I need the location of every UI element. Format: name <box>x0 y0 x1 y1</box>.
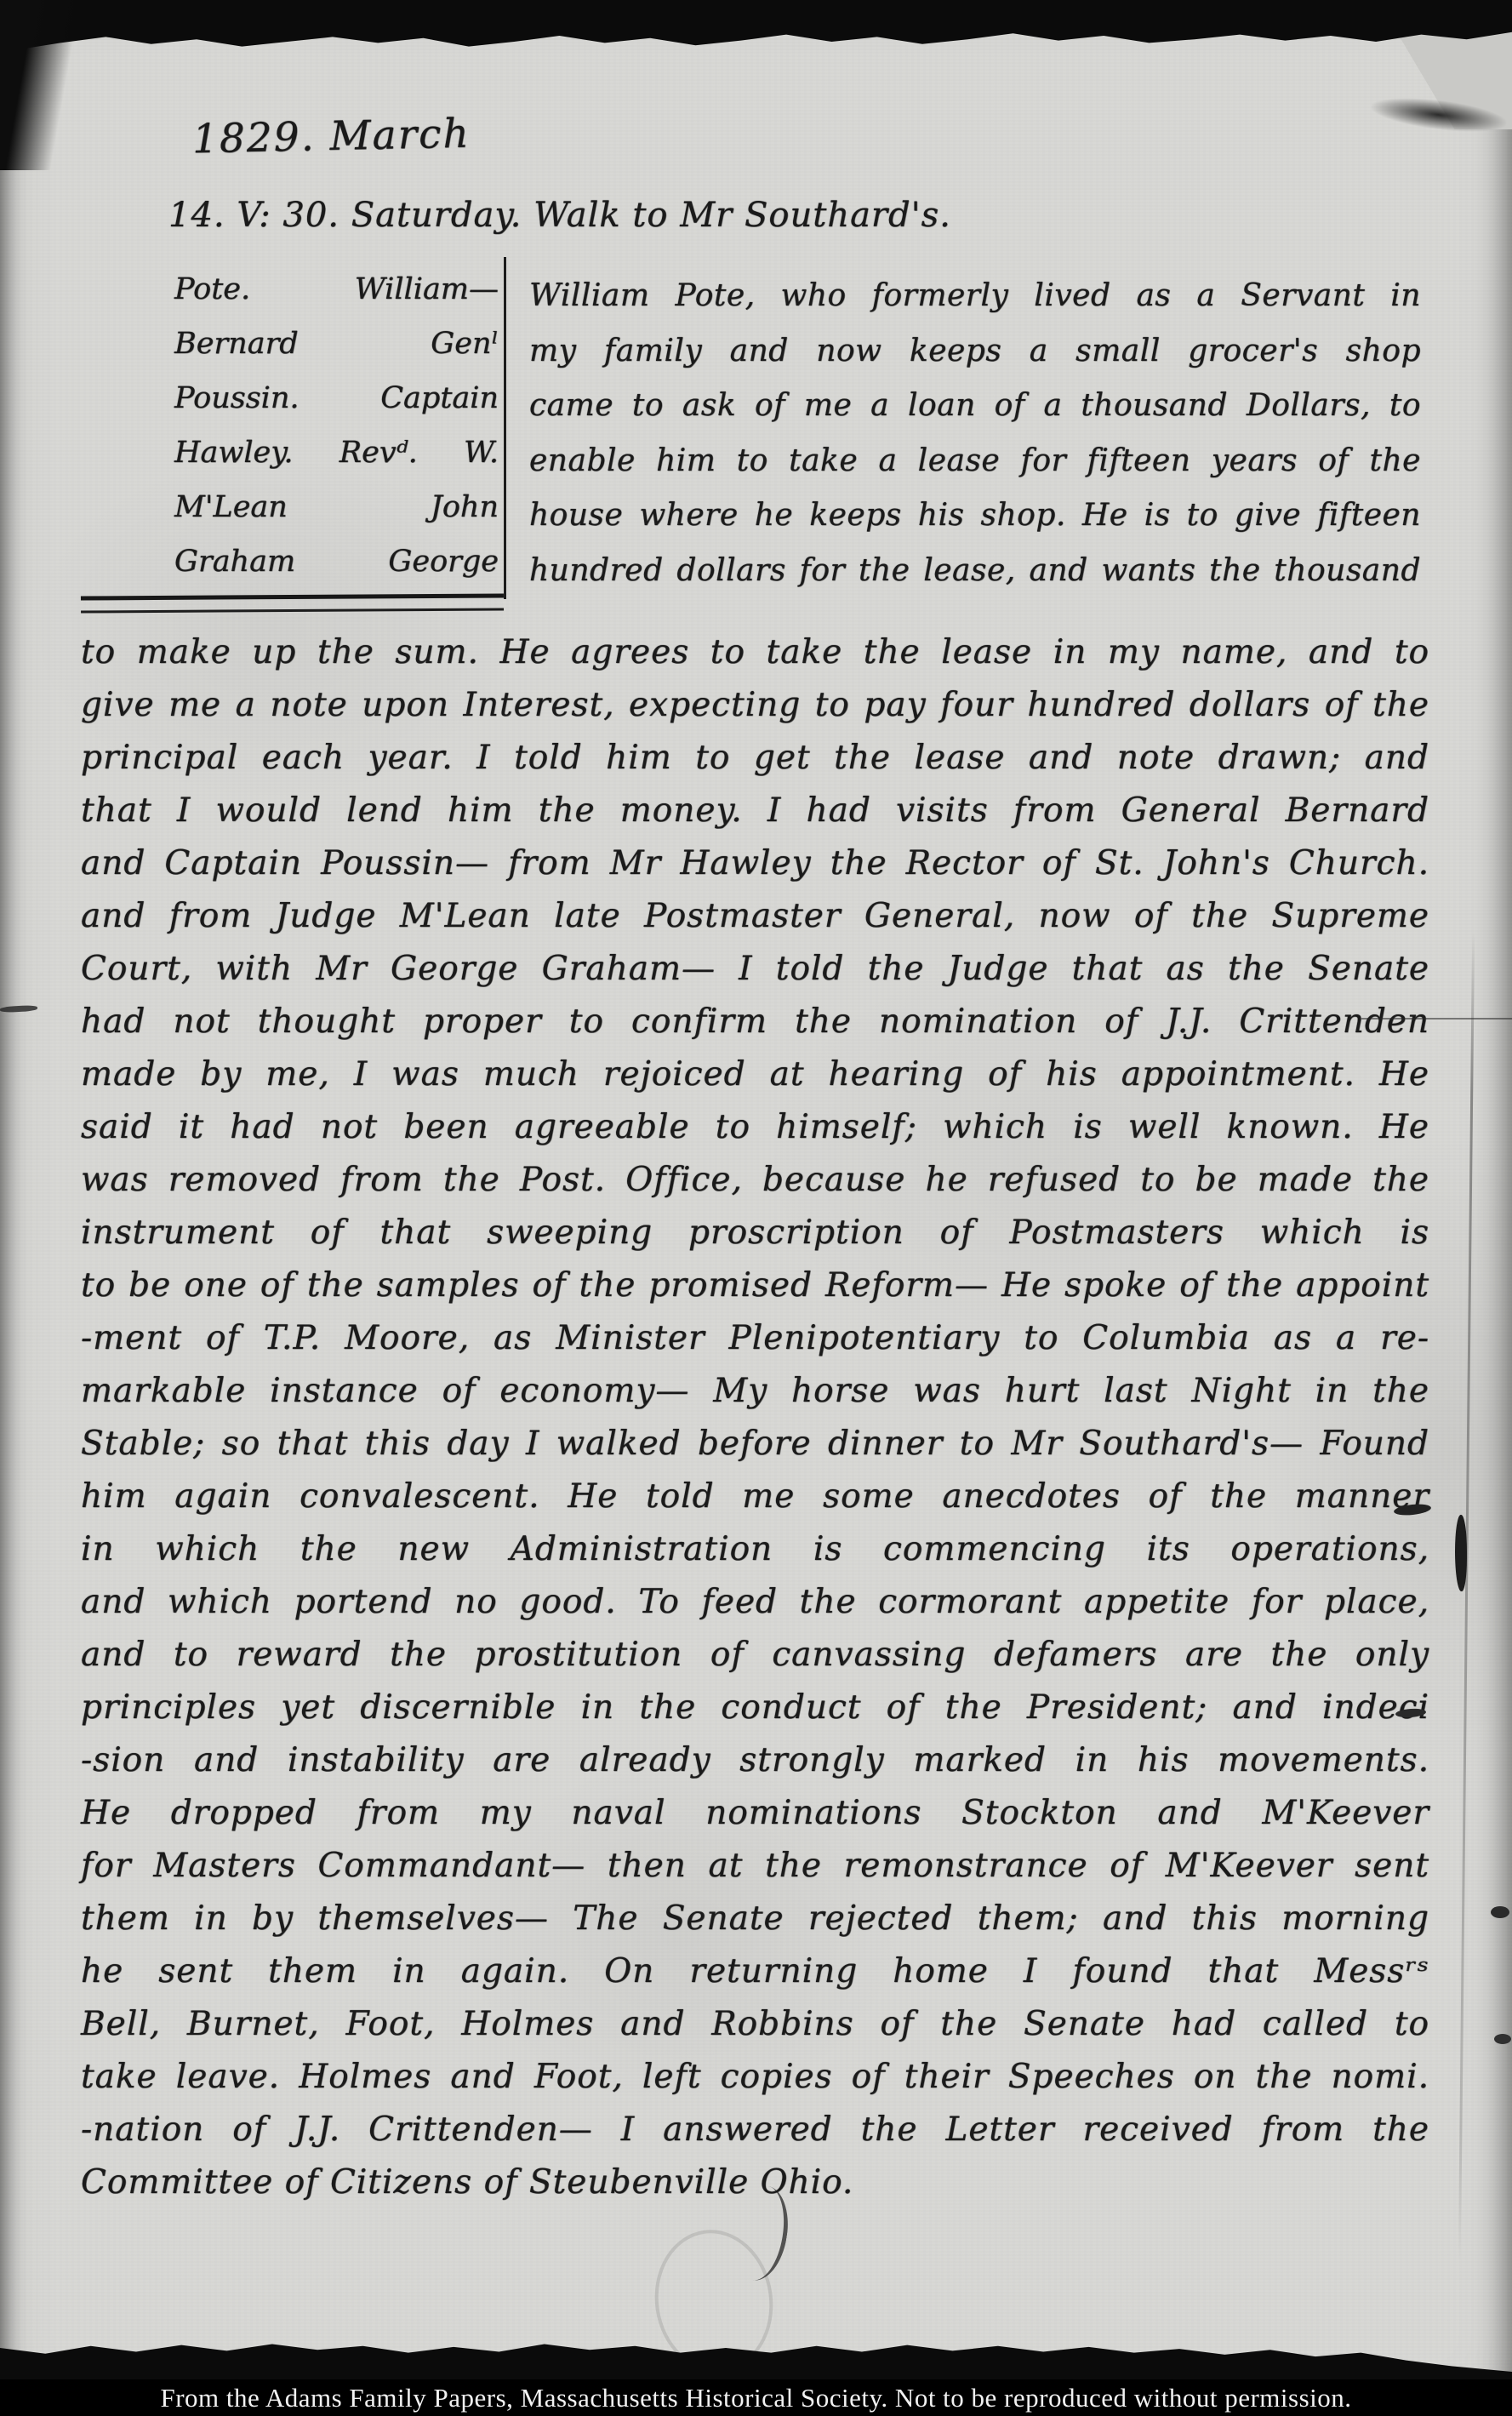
diary-line: -sion and instability are already strong… <box>81 1734 1429 1787</box>
diary-line: made by me, I was much rejoiced at heari… <box>81 1048 1429 1101</box>
ink-blot <box>1455 1515 1467 1591</box>
caption-text: From the Adams Family Papers, Massachuse… <box>160 2383 1351 2413</box>
diary-line: and from Judge M'Lean late Postmaster Ge… <box>81 890 1429 943</box>
diary-line: said it had not been agreeable to himsel… <box>81 1101 1429 1154</box>
diary-line: in which the new Administration is comme… <box>81 1523 1429 1576</box>
diary-line: Court, with Mr George Graham— I told the… <box>81 943 1429 996</box>
diary-line: Bell, Burnet, Foot, Holmes and Robbins o… <box>81 1998 1429 2051</box>
diary-line: him again convalescent. He told me some … <box>81 1471 1429 1523</box>
diary-line: William Pote, who formerly lived as a Se… <box>529 269 1421 324</box>
entry-date-line: 14. V: 30. Saturday. Walk to Mr Southard… <box>168 196 951 235</box>
diary-line: Stable; so that this day I walked before… <box>81 1418 1429 1471</box>
margin-dash-mark <box>0 1005 37 1013</box>
diary-line: house where he keeps his shop. He is to … <box>529 488 1421 544</box>
diary-line: He dropped from my naval nominations Sto… <box>81 1787 1429 1840</box>
diary-line: instrument of that sweeping proscription… <box>81 1207 1429 1259</box>
margin-index-line: Hawley. Revᵈ. W. <box>174 426 499 480</box>
diary-line: enable him to take a lease for fifteen y… <box>529 434 1421 489</box>
page-crease-line <box>1458 932 1475 2259</box>
margin-index-line: M'Lean John <box>174 480 499 534</box>
margin-index-line: Graham George <box>174 534 499 589</box>
diary-line: to make up the sum. He agrees to take th… <box>81 626 1429 679</box>
left-scan-border <box>0 0 73 170</box>
diary-line: he sent them in again. On returning home… <box>81 1945 1429 1998</box>
diary-line: principles yet discernible in the conduc… <box>81 1682 1429 1734</box>
diary-line: my family and now keeps a small grocer's… <box>529 324 1421 380</box>
diary-line: to be one of the samples of the promised… <box>81 1259 1429 1312</box>
diary-body-indented: William Pote, who formerly lived as a Se… <box>529 269 1421 598</box>
diary-line: principal each year. I told him to get t… <box>81 732 1429 785</box>
margin-name-index: Pote. William—Bernard GenˡPoussin. Capta… <box>166 257 506 599</box>
diary-line: came to ask of me a loan of a thousand D… <box>529 379 1421 434</box>
diary-line: markable instance of economy— My horse w… <box>81 1365 1429 1418</box>
diary-line: had not thought proper to confirm the no… <box>81 996 1429 1048</box>
diary-line: and which portend no good. To feed the c… <box>81 1576 1429 1629</box>
ink-blot <box>1491 1906 1509 1918</box>
margin-index-line: Pote. William— <box>174 262 499 317</box>
margin-index-line: Bernard Genˡ <box>174 317 499 371</box>
diary-line: take leave. Holmes and Foot, left copies… <box>81 2051 1429 2104</box>
diary-line: and Captain Poussin— from Mr Hawley the … <box>81 837 1429 890</box>
margin-box-underline <box>81 593 504 613</box>
diary-line: for Masters Commandant— then at the remo… <box>81 1840 1429 1893</box>
diary-line: them in by themselves— The Senate reject… <box>81 1893 1429 1945</box>
diary-line: -nation of J.J. Crittenden— I answered t… <box>81 2104 1429 2156</box>
top-scan-border <box>0 0 1512 60</box>
diary-line: give me a note upon Interest, expecting … <box>81 679 1429 732</box>
ink-blot <box>1494 2034 1511 2044</box>
diary-line: and to reward the prostitution of canvas… <box>81 1629 1429 1682</box>
ruled-hairline <box>1361 1018 1512 1020</box>
photostat-caption-bar: From the Adams Family Papers, Massachuse… <box>0 2379 1512 2416</box>
diary-line: that I would lend him the money. I had v… <box>81 785 1429 837</box>
diary-line: hundred dollars for the lease, and wants… <box>529 544 1421 599</box>
manuscript-page: 1829. March 14. V: 30. Saturday. Walk to… <box>0 0 1512 2416</box>
diary-line: was removed from the Post. Office, becau… <box>81 1154 1429 1207</box>
year-month-heading: 1829. March <box>191 111 471 163</box>
diary-body: to make up the sum. He agrees to take th… <box>81 626 1429 2209</box>
diary-line: -ment of T.P. Moore, as Minister Plenipo… <box>81 1312 1429 1365</box>
margin-index-line: Poussin. Captain <box>174 371 499 426</box>
